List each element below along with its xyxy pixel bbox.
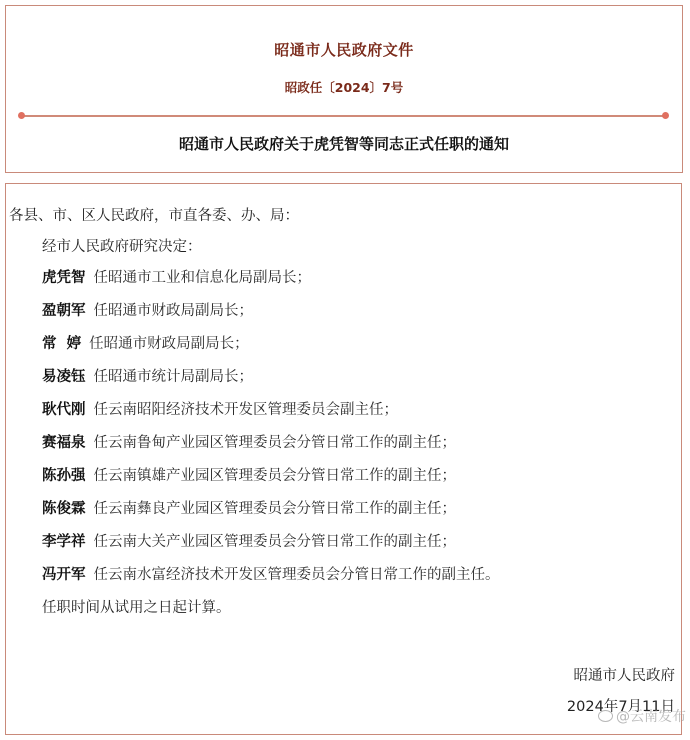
appointment-item: 李学祥任云南大关产业园区管理委员会分管日常工作的副主任；: [42, 530, 456, 551]
appointee-role: 任云南鲁甸产业园区管理委员会分管日常工作的副主任；: [94, 435, 457, 451]
appointee-name: 冯开军: [42, 563, 86, 584]
appointee-role: 任云南大关产业园区管理委员会分管日常工作的副主任；: [94, 534, 457, 550]
weibo-icon: [598, 710, 613, 722]
notice-title: 昭通市人民政府关于虎凭智等同志正式任职的通知: [6, 133, 682, 154]
appointee-name: 常 婷: [42, 332, 81, 353]
appointee-name: 虎凭智: [42, 266, 86, 287]
appointee-role: 任云南昭阳经济技术开发区管理委员会副主任；: [94, 402, 399, 418]
signer: 昭通市人民政府: [574, 664, 676, 685]
appointment-item: 易凌钰任昭通市统计局副局长；: [42, 365, 253, 386]
appointee-role: 任昭通市财政局副局长；: [89, 336, 249, 352]
header-divider: [21, 115, 666, 117]
appointment-item: 耿代刚任云南昭阳经济技术开发区管理委员会副主任；: [42, 398, 398, 419]
closing-text: 任职时间从试用之日起计算。: [42, 596, 231, 617]
appointee-name: 赛福泉: [42, 431, 86, 452]
appointment-item: 冯开军任云南水富经济技术开发区管理委员会分管日常工作的副主任。: [42, 563, 500, 584]
appointee-role: 任云南水富经济技术开发区管理委员会分管日常工作的副主任。: [94, 567, 500, 583]
appointee-name: 李学祥: [42, 530, 86, 551]
watermark-text: @云南发布: [616, 706, 686, 726]
appointee-role: 任云南彝良产业园区管理委员会分管日常工作的副主任；: [94, 501, 457, 517]
source-watermark: @云南发布: [598, 706, 686, 726]
appointment-item: 陈孙强任云南镇雄产业园区管理委员会分管日常工作的副主任；: [42, 464, 456, 485]
appointee-role: 任昭通市统计局副局长；: [94, 369, 254, 385]
appointee-name: 易凌钰: [42, 365, 86, 386]
salutation: 各县、市、区人民政府，市直各委、办、局：: [9, 204, 299, 225]
appointment-item: 盈朝军任昭通市财政局副局长；: [42, 299, 253, 320]
appointment-item: 虎凭智任昭通市工业和信息化局副局长；: [42, 266, 311, 287]
divider-dot-right: [662, 112, 669, 119]
appointee-name: 盈朝军: [42, 299, 86, 320]
appointment-item: 常 婷任昭通市财政局副局长；: [42, 332, 249, 353]
appointee-role: 任昭通市工业和信息化局副局长；: [94, 270, 312, 286]
appointee-role: 任云南镇雄产业园区管理委员会分管日常工作的副主任；: [94, 468, 457, 484]
appointment-item: 陈俊霖任云南彝良产业园区管理委员会分管日常工作的副主任；: [42, 497, 456, 518]
appointee-name: 耿代刚: [42, 398, 86, 419]
divider-dot-left: [18, 112, 25, 119]
appointee-name: 陈孙强: [42, 464, 86, 485]
appointment-item: 赛福泉任云南鲁甸产业园区管理委员会分管日常工作的副主任；: [42, 431, 456, 452]
document-body: 各县、市、区人民政府，市直各委、办、局： 经市人民政府研究决定： 虎凭智任昭通市…: [5, 183, 682, 735]
document-number: 昭政任〔2024〕7号: [6, 78, 682, 96]
document-header: 昭通市人民政府文件 昭政任〔2024〕7号 昭通市人民政府关于虎凭智等同志正式任…: [5, 5, 683, 173]
appointee-role: 任昭通市财政局副局长；: [94, 303, 254, 319]
intro-text: 经市人民政府研究决定：: [42, 235, 202, 256]
issuing-org-title: 昭通市人民政府文件: [6, 39, 682, 60]
appointee-name: 陈俊霖: [42, 497, 86, 518]
